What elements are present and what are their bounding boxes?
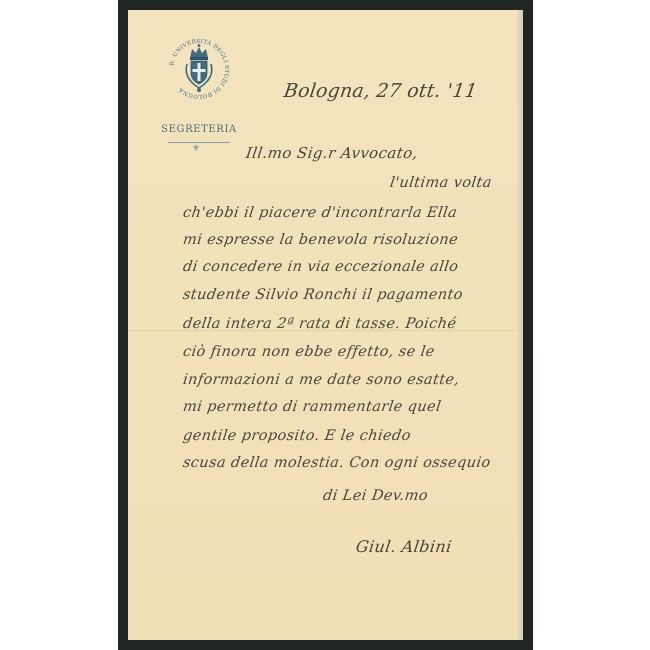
- body-line: mi permetto di rammentarle quel: [182, 399, 442, 415]
- date-line: Bologna, 27 ott. '11: [282, 80, 478, 102]
- letterhead-rule: [168, 142, 230, 143]
- body-line: gentile proposito. E le chiedo: [182, 428, 412, 444]
- salutation: Ill.mo Sig.r Avvocato,: [245, 144, 419, 162]
- body-line: informazioni a me date sono esatte,: [182, 372, 461, 388]
- university-crest-icon: R. UNIVERSITÀ DEGLI STUDI DI BOLOGNA: [168, 38, 230, 100]
- body-line: ciò finora non ebbe effetto, se le: [182, 344, 436, 360]
- body-line: ch'ebbi il piacere d'incontrarla Ella: [182, 205, 458, 221]
- body-line: della intera 2ª rata di tasse. Poiché: [182, 316, 458, 332]
- body-line: l'ultima volta: [389, 175, 493, 191]
- closing-line: di Lei Dev.mo: [322, 488, 429, 504]
- body-line: studente Silvio Ronchi il pagamento: [182, 287, 464, 303]
- signature: Giul. Albini: [355, 537, 453, 556]
- department-label: SEGRETERIA: [154, 124, 244, 135]
- body-line: scusa della molestia. Con ogni ossequio: [182, 455, 492, 471]
- paper-edge: [517, 10, 523, 640]
- body-line: mi espresse la benevola risoluzione: [182, 232, 459, 248]
- body-line: di concedere in via eccezionale allo: [182, 259, 460, 275]
- fleur-de-lis-icon: ⚜: [192, 144, 200, 154]
- letter-paper: R. UNIVERSITÀ DEGLI STUDI DI BOLOGNA SEG…: [128, 10, 523, 640]
